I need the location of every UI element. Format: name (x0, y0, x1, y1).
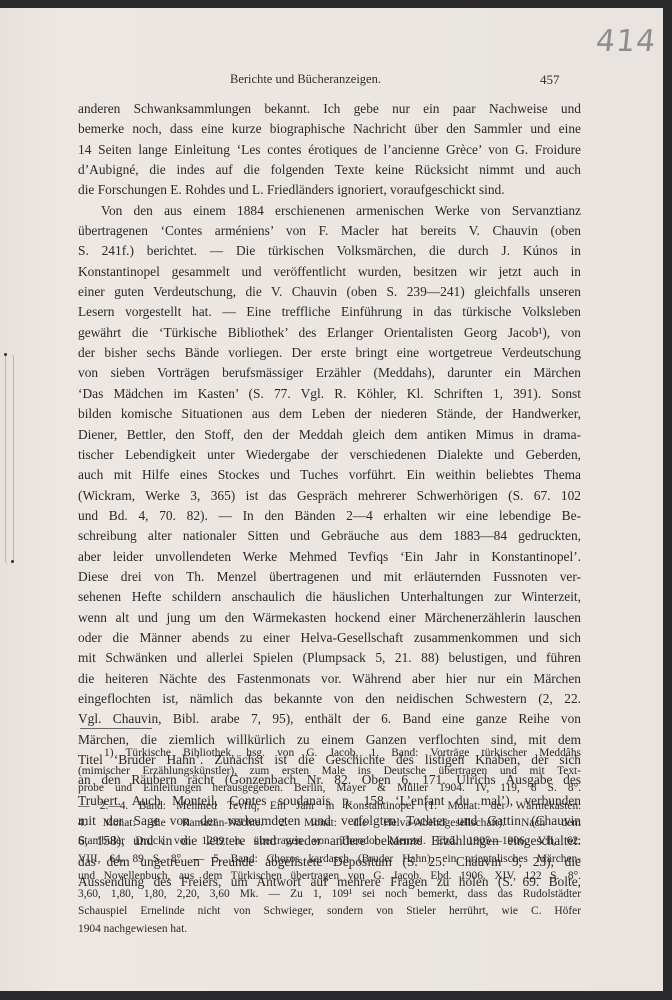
text-line: die heiteren Nächte des Fastenmonats vor… (78, 669, 581, 689)
text-line: eingeflochten ist, nämlich das bekannte … (78, 689, 581, 709)
text-line: und Bd. 4, 70. 82). — In den Bänden 2—4 … (78, 506, 581, 526)
handwritten-folio-number: 414 (594, 24, 658, 59)
text-line: bilden komische Situationen aus dem Lebe… (78, 404, 581, 424)
text-line: probe und Einleitungen herausgegeben. Be… (78, 780, 581, 798)
binding-knot (4, 353, 7, 356)
text-line: (Wickram, Werke 3, 365) ist das Gespräch… (78, 486, 581, 506)
text-line: Konstantinopel gesammelt und veröffentli… (78, 262, 581, 282)
text-line: 1) Türkische Bibliothek, hsg. von G. Jac… (78, 745, 581, 763)
text-line: Stambuler Druck von 1299 h. übertragen v… (78, 833, 581, 851)
text-line: auch mit Hilfe eines Stockes und Tuches … (78, 465, 581, 485)
text-line: Vgl. Chauvin, Bibl. arabe 7, 95), enthäl… (78, 709, 581, 729)
text-line: übertragenen ‘Contes arméniens’ von F. M… (78, 221, 581, 241)
text-line: wenn alt und jung um den Wärmekasten hoc… (78, 608, 581, 628)
text-line: von sieben Vorträgen berufsmässiger Erzä… (78, 363, 581, 383)
book-page: 414 Berichte und Bücheranzeigen. 457 and… (0, 8, 663, 991)
text-line: schreibung alter nationaler Sitten und G… (78, 526, 581, 546)
binding-thread (5, 354, 14, 564)
text-line: Schauspiel Ernelinde nicht von Schwieger… (78, 903, 581, 921)
text-line: Von den aus einem 1884 erschienenen arme… (78, 201, 581, 221)
text-line: tischer Lebendigkeit unter Wiedergabe de… (78, 445, 581, 465)
text-line: einer guten Verdeutschung, die V. Chauvi… (78, 282, 581, 302)
text-line: S. 241f.) berichtet. — Die türkischen Vo… (78, 241, 581, 261)
page-number: 457 (540, 72, 560, 88)
footnote-rule (80, 728, 152, 729)
text-line: (mimischer Erzählungskünstler), zum erst… (78, 763, 581, 781)
text-line: mit Schwänken und allerlei Spielen (Plum… (78, 648, 581, 668)
text-line: Diese drei von Th. Menzel übertragenen u… (78, 567, 581, 587)
binding-knot (11, 560, 14, 563)
text-line: die Forschungen E. Rohdes und L. Friedlä… (78, 180, 581, 200)
text-line: sehenen Hefte schildern anschaulich die … (78, 587, 581, 607)
text-line: gewährt die ‘Türkische Bibliothek’ des E… (78, 323, 581, 343)
text-line: ‘Das Mädchen im Kasten’ (S. 77. Vgl. R. … (78, 384, 581, 404)
text-line: bemerke noch, dass eine kurze biographis… (78, 119, 581, 139)
text-line: anderen Schwanksammlungen bekannt. Ich g… (78, 99, 581, 119)
running-head: Berichte und Bücheranzeigen. (230, 72, 381, 87)
text-line: — 2.—4. Band: Mehmed Tevfiq, Ein Jahr in… (78, 798, 581, 816)
text-line: d’Aubigné, die indes auf die folgenden T… (78, 160, 581, 180)
text-line: oder die Männer abends zu einer Helva-Ge… (78, 628, 581, 648)
text-line: der bisher sechs Bände vorliegen. Der er… (78, 343, 581, 363)
text-line: VIII, 64. 89 S. 8°. — 5. Band: Choros ka… (78, 851, 581, 869)
text-line: und Novellenbuch, aus dem Türkischen übe… (78, 868, 581, 886)
text-line: 14 Seiten lange Einleitung ‘Les contes é… (78, 140, 581, 160)
text-line: Diener, Bettler, den Stoff, den der Medd… (78, 425, 581, 445)
text-line: Lesern vorgestellt hat. — Eine trefflich… (78, 302, 581, 322)
footnote: 1) Türkische Bibliothek, hsg. von G. Jac… (78, 745, 581, 939)
text-line: 3,60, 1,80, 1,80, 2,20, 3,60 Mk. — Zu 1,… (78, 886, 581, 904)
text-line: aber leider unvollendeten Werke Mehmed T… (78, 547, 581, 567)
text-line: 1904 nachgewiesen hat. (78, 921, 581, 939)
text-line: 4. Monat: die Ramazan-Nächte. 2. Monat: … (78, 815, 581, 833)
